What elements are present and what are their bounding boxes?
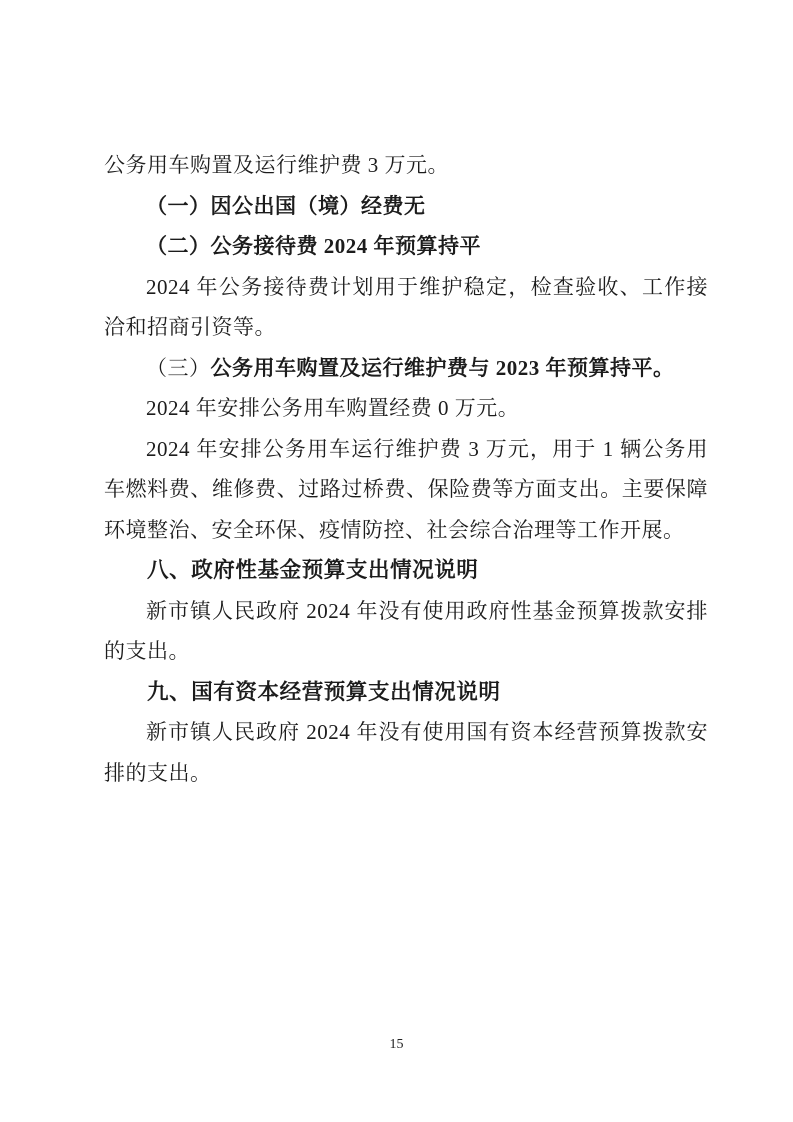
page-number: 15: [0, 1036, 793, 1054]
heading-item-1-abroad-expense: （一）因公出国（境）经费无: [104, 186, 708, 227]
para-vehicle-maintenance-detail: 2024 年安排公务用车运行维护费 3 万元，用于 1 辆公务用车燃料费、维修费…: [104, 429, 708, 551]
para-vehicle-purchase: 2024 年安排公务用车购置经费 0 万元。: [104, 388, 708, 429]
para-reception-detail: 2024 年公务接待费计划用于维护稳定，检查验收、工作接洽和招商引资等。: [104, 267, 708, 348]
heading-item-3-vehicle-expense: （三）公务用车购置及运行维护费与 2023 年预算持平。: [104, 348, 708, 389]
heading-section-9-state-capital: 九、国有资本经营预算支出情况说明: [104, 672, 708, 713]
document-body: 公务用车购置及运行维护费 3 万元。 （一）因公出国（境）经费无 （二）公务接待…: [104, 145, 708, 793]
para-state-capital-detail: 新市镇人民政府 2024 年没有使用国有资本经营预算拨款安排的支出。: [104, 712, 708, 793]
heading-item-3-text: 公务用车购置及运行维护费与 2023 年预算持平。: [211, 356, 675, 380]
heading-section-8-government-fund: 八、政府性基金预算支出情况说明: [104, 550, 708, 591]
heading-item-3-number: （三）: [146, 356, 211, 380]
document-page: 公务用车购置及运行维护费 3 万元。 （一）因公出国（境）经费无 （二）公务接待…: [0, 0, 793, 1122]
para-government-fund-detail: 新市镇人民政府 2024 年没有使用政府性基金预算拨款安排的支出。: [104, 591, 708, 672]
para-carryover-vehicle-fee: 公务用车购置及运行维护费 3 万元。: [104, 145, 708, 186]
heading-item-2-reception-expense: （二）公务接待费 2024 年预算持平: [104, 226, 708, 267]
